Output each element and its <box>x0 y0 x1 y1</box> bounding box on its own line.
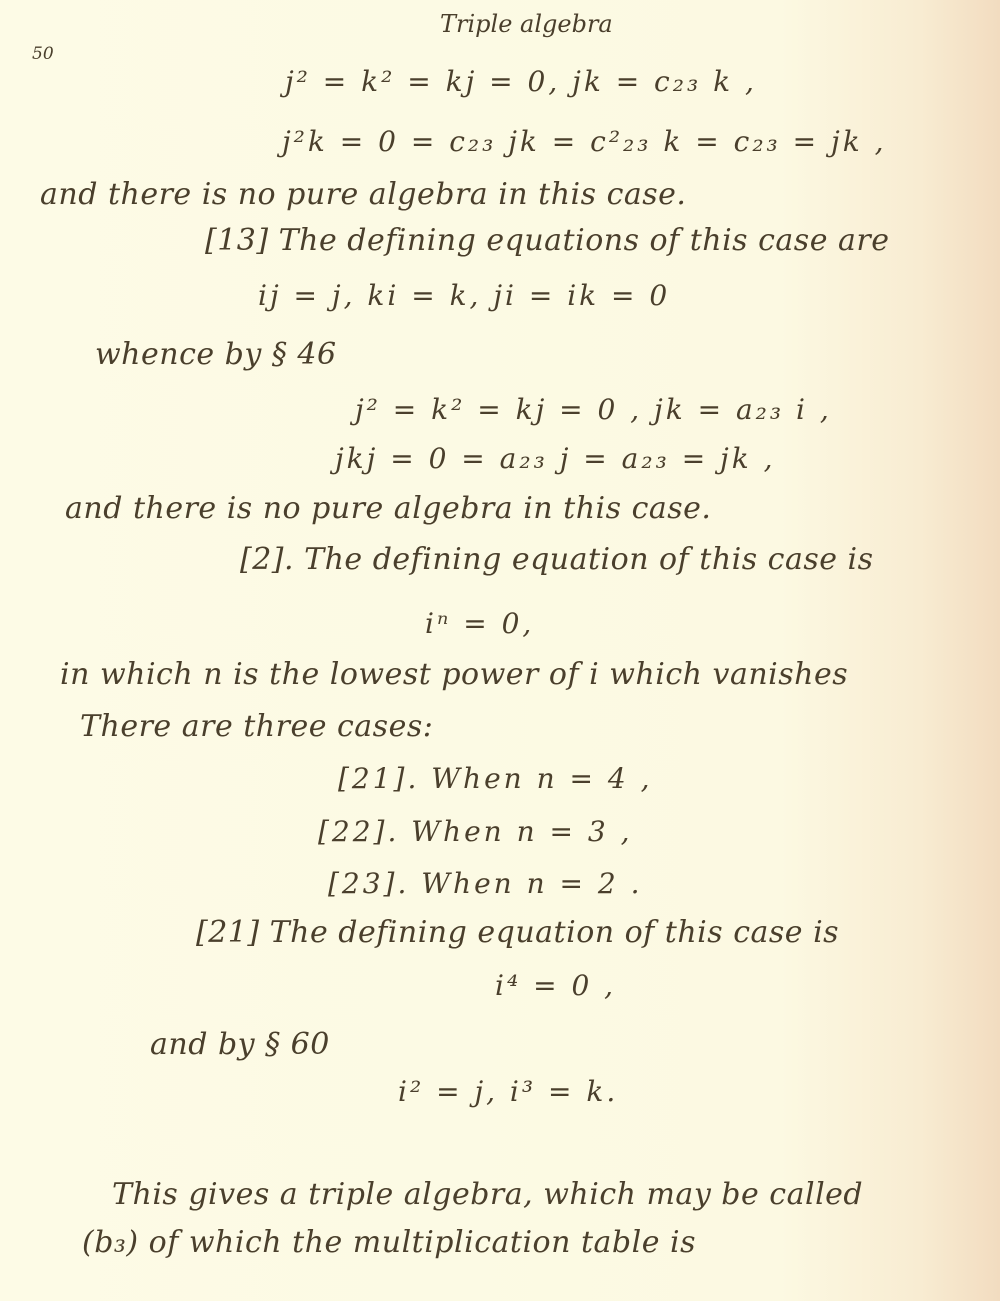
equation-line: j²k = 0 = c₂₃ jk = c²₂₃ k = c₂₃ = jk , <box>282 128 886 156</box>
equation-line: i² = j, i³ = k. <box>398 1078 618 1106</box>
equation-line: j² = k² = kj = 0 , jk = a₂₃ i , <box>355 396 832 424</box>
subcase-line: [23]. When n = 2 . <box>328 870 643 898</box>
subcase-line: [21]. When n = 4 , <box>338 765 653 793</box>
equation-line: j² = k² = kj = 0, jk = c₂₃ k , <box>285 68 757 96</box>
case-heading: [2]. The defining equation of this case … <box>240 545 874 575</box>
prose-line: and there is no pure algebra in this cas… <box>40 180 686 210</box>
prose-line: This gives a triple algebra, which may b… <box>112 1180 863 1210</box>
prose-line: and there is no pure algebra in this cas… <box>65 494 711 524</box>
equation-line: i⁴ = 0 , <box>495 972 616 1000</box>
equation-line: iⁿ = 0, <box>425 610 534 638</box>
prose-line: whence by § 46 <box>95 340 337 370</box>
equation-line: jkj = 0 = a₂₃ j = a₂₃ = jk , <box>335 445 776 473</box>
page-number: 50 <box>32 44 54 64</box>
equation-line: ij = j, ki = k, ji = ik = 0 <box>258 282 670 310</box>
running-title: Triple algebra <box>440 10 613 38</box>
case-heading: [13] The defining equations of this case… <box>205 226 889 256</box>
subcase-line: [22]. When n = 3 , <box>318 818 633 846</box>
case-heading: [21] The defining equation of this case … <box>196 918 839 948</box>
prose-line: in which n is the lowest power of i whic… <box>60 660 848 690</box>
manuscript-page: 50 Triple algebra j² = k² = kj = 0, jk =… <box>0 0 1000 1301</box>
prose-line: (b₃) of which the multiplication table i… <box>82 1228 696 1258</box>
prose-line: and by § 60 <box>150 1030 330 1060</box>
prose-line: There are three cases: <box>80 712 433 742</box>
